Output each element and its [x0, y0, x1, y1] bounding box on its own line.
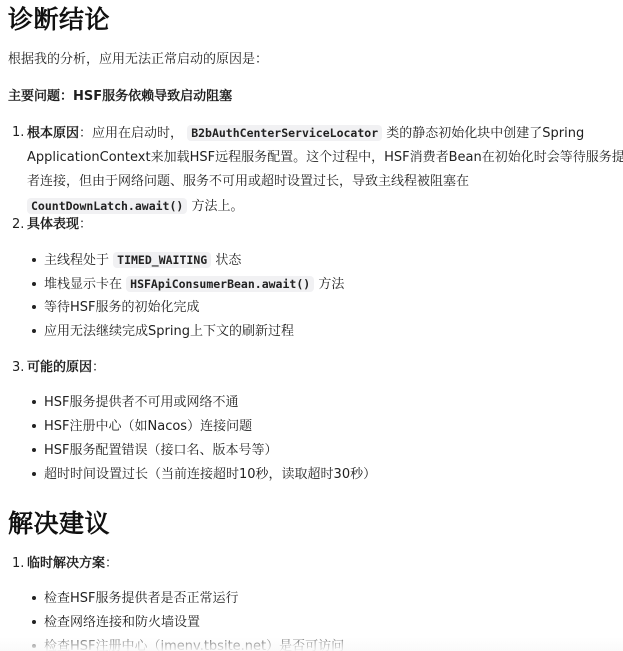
- label-colon: ：: [92, 360, 105, 375]
- bullet-text: HSF注册中心（如Nacos）连接问题: [44, 419, 252, 434]
- bullet-text: 检查HSF服务提供者是否正常运行: [44, 591, 239, 606]
- heading-diagnosis: 诊断结论: [8, 4, 110, 36]
- bottom-fade-overlay: [0, 637, 623, 651]
- inline-code: TIMED_WAITING: [113, 252, 211, 268]
- list-number: 2.: [12, 213, 26, 237]
- bullet-item: 检查HSF服务提供者是否正常运行: [32, 589, 239, 609]
- bullet-text: 等待HSF服务的初始化完成: [44, 300, 200, 315]
- main-issue: 主要问题：HSF服务依赖导致启动阻塞: [8, 87, 232, 107]
- bullet-icon: [32, 329, 36, 333]
- item-text-line: ApplicationContext来加载HSF远程服务配置。这个过程中，HSF…: [27, 146, 617, 170]
- bullet-item: 检查网络连接和防火墙设置: [32, 613, 200, 633]
- item-text: 应用在启动时，: [92, 126, 183, 141]
- item-label: 临时解决方案: [27, 556, 105, 571]
- bullet-icon: [32, 596, 36, 600]
- bullet-text: HSF服务配置错误（接口名、版本号等）: [44, 443, 278, 458]
- inline-code: HSFApiConsumerBean.await(): [126, 276, 314, 292]
- inline-code: B2bAuthCenterServiceLocator: [187, 125, 382, 141]
- bullet-text: 超时时间设置过长（当前连接超时10秒，读取超时30秒）: [44, 467, 376, 482]
- bullet-text: 状态: [215, 253, 241, 268]
- bullet-icon: [32, 620, 36, 624]
- bullet-item: 应用无法继续完成Spring上下文的刷新过程: [32, 322, 294, 342]
- bullet-icon: [32, 424, 36, 428]
- bullet-item: HSF服务提供者不可用或网络不通: [32, 393, 239, 413]
- item-label: 可能的原因: [27, 360, 92, 375]
- bullet-text: HSF服务提供者不可用或网络不通: [44, 395, 239, 410]
- bullet-text: 主线程处于: [44, 253, 109, 268]
- bullet-item: 堆栈显示卡在 HSFApiConsumerBean.await() 方法: [32, 274, 344, 295]
- bullet-icon: [32, 472, 36, 476]
- list-number: 1.: [12, 121, 26, 145]
- label-colon: ：: [79, 217, 92, 232]
- list-item-body: 根本原因：应用在启动时， B2bAuthCenterServiceLocator…: [27, 121, 617, 219]
- bullet-text: 堆栈显示卡在: [44, 277, 122, 292]
- bullet-icon: [32, 258, 36, 262]
- inline-code: CountDownLatch.await(): [27, 198, 187, 214]
- bullet-icon: [32, 305, 36, 309]
- bullet-icon: [32, 400, 36, 404]
- bullet-item: HSF注册中心（如Nacos）连接问题: [32, 417, 252, 437]
- heading-solutions: 解决建议: [8, 508, 110, 540]
- item-text: 类的静态初始化块中创建了Spring: [386, 126, 584, 141]
- list-number: 1.: [12, 552, 26, 576]
- bullet-item: 主线程处于 TIMED_WAITING 状态: [32, 250, 241, 271]
- label-colon: ：: [79, 126, 92, 141]
- bullet-item: 超时时间设置过长（当前连接超时10秒，读取超时30秒）: [32, 465, 376, 485]
- bullet-item: HSF服务配置错误（接口名、版本号等）: [32, 441, 278, 461]
- label-colon: ：: [105, 556, 118, 571]
- bullet-item: 等待HSF服务的初始化完成: [32, 298, 200, 318]
- item-text-line: 者连接，但由于网络问题、服务不可用或超时设置过长，导致主线程被阻塞在: [27, 170, 617, 194]
- list-number: 3.: [12, 356, 26, 380]
- intro-text: 根据我的分析，应用无法正常启动的原因是：: [8, 50, 268, 70]
- bullet-text: 应用无法继续完成Spring上下文的刷新过程: [44, 324, 294, 339]
- item-text: 方法上。: [191, 199, 243, 214]
- bullet-text: 方法: [318, 277, 344, 292]
- bullet-icon: [32, 448, 36, 452]
- item-label: 根本原因: [27, 126, 79, 141]
- item-label: 具体表现: [27, 217, 79, 232]
- bullet-text: 检查网络连接和防火墙设置: [44, 615, 200, 630]
- bullet-icon: [32, 282, 36, 286]
